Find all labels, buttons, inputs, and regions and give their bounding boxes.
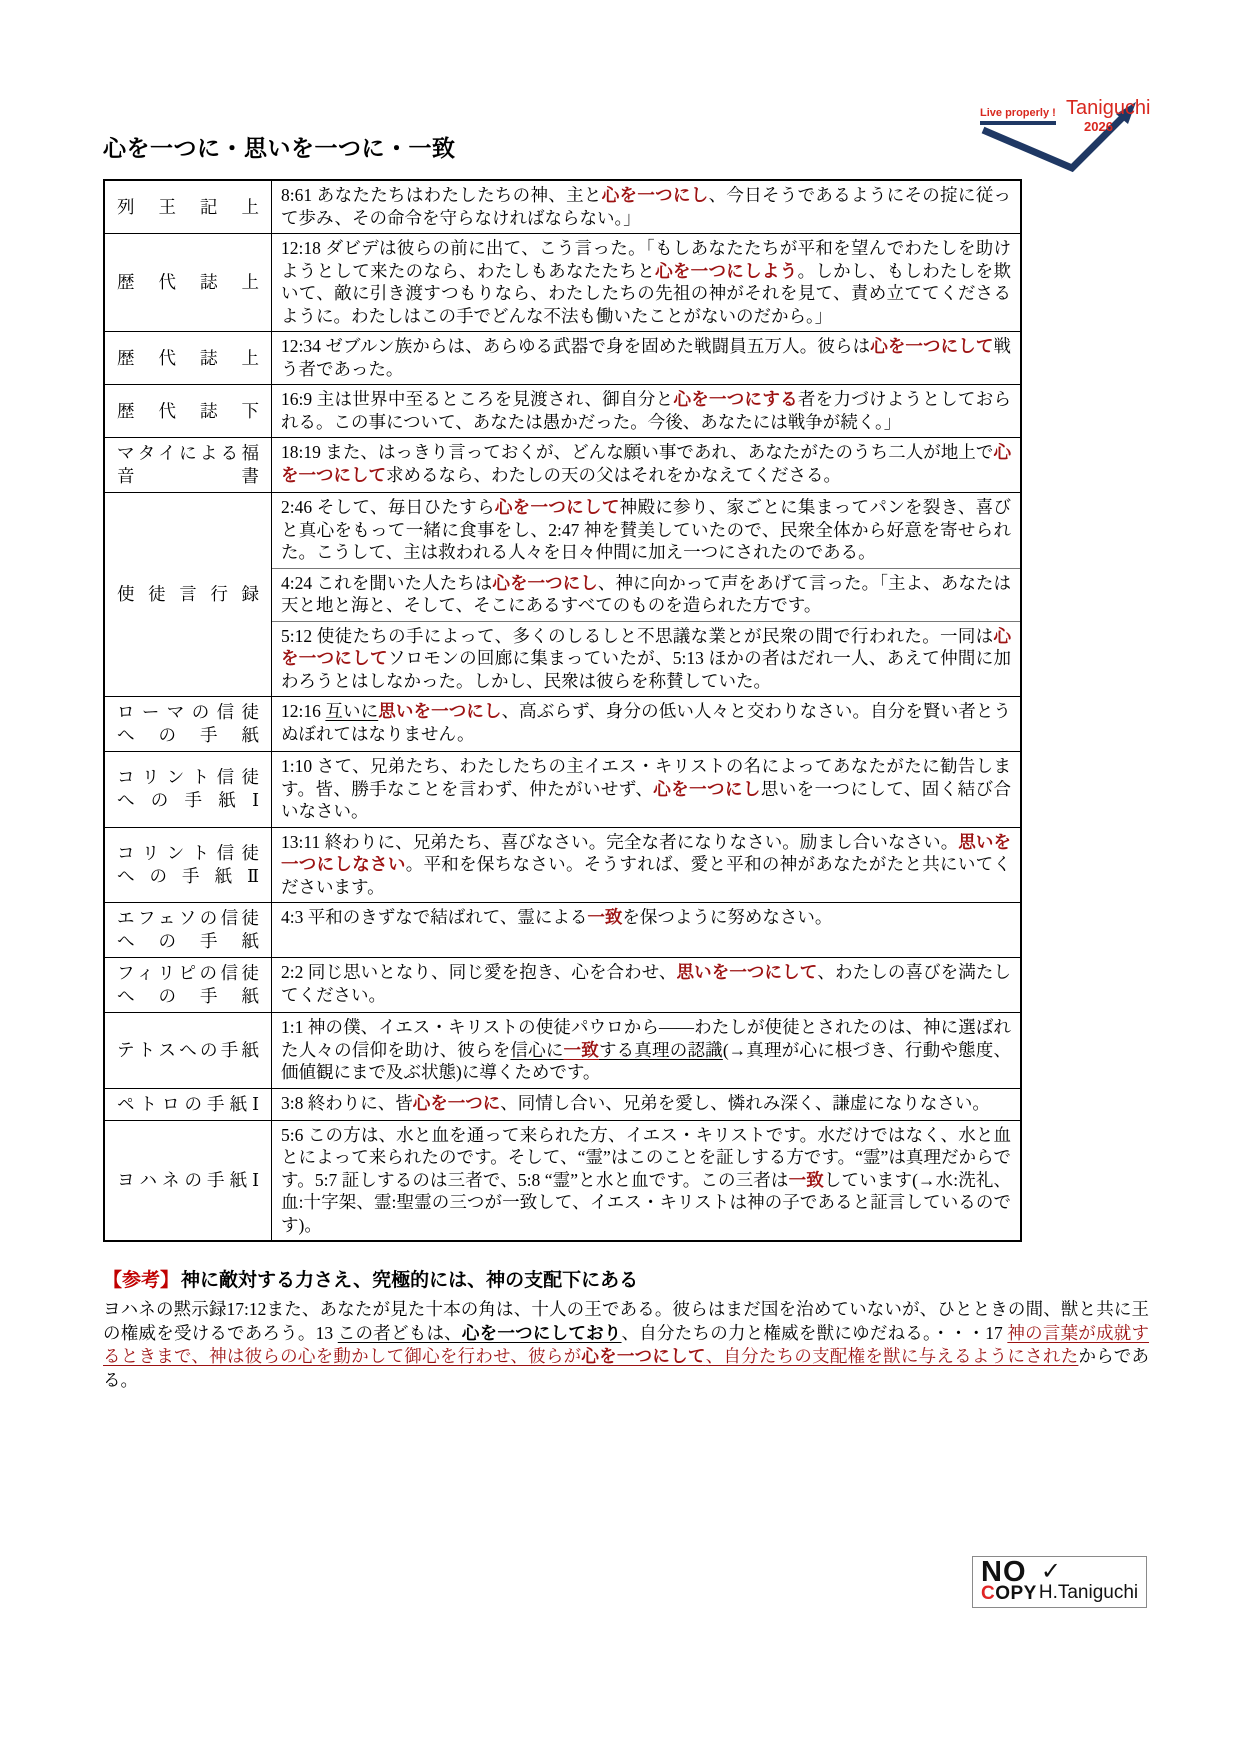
book-label: コリント信徒への手紙Ⅱ (105, 828, 272, 903)
reference-paragraph: ヨハネの黙示録17:12また、あなたが見た十本の角は、十人の王である。彼らはまだ… (103, 1298, 1149, 1392)
book-label-line: 音書 (117, 465, 259, 488)
text-segment: 心を一つにする (673, 389, 797, 409)
book-label-line: 歴代誌上 (117, 347, 259, 370)
verse-cell: 2:2 同じ思いとなり、同じ愛を抱き、心を合わせ、思いを一つにして、わたしの喜び… (272, 958, 1020, 1012)
text-segment: 一致 (564, 1040, 599, 1060)
verse-cell: 4:3 平和のきずなで結ばれて、霊による一致を保つように努めなさい。 (272, 903, 1020, 957)
table-row: コリント信徒への手紙Ⅰ1:10 さて、兄弟たち、わたしたちの主イエス・キリストの… (105, 751, 1020, 827)
table-row: コリント信徒への手紙Ⅱ13:11 終わりに、兄弟たち、喜びなさい。完全な者になり… (105, 827, 1020, 903)
book-label-line: コリント信徒 (117, 766, 259, 789)
book-label: テトスへの手紙 (105, 1013, 272, 1088)
logo-name: Taniguchi (1066, 97, 1151, 120)
stamp-name-text: H.Taniguchi (1039, 1582, 1138, 1603)
verse-cell: 12:34 ゼブルン族からは、あらゆる武器で身を固めた戦闘員五万人。彼らは心を一… (272, 332, 1020, 384)
stamp-copy-rest: OPY (995, 1583, 1037, 1604)
text-segment: 信心に (510, 1040, 563, 1060)
verse-cell: 12:18 ダビデは彼らの前に出て、こう言った。「もしあなたたちが平和を望んでわ… (272, 234, 1020, 331)
book-label-line: への手紙Ⅰ (117, 789, 259, 812)
text-segment: 12:16 (281, 701, 325, 721)
book-label-line: 歴代誌下 (117, 400, 259, 423)
verse-cell: 1:10 さて、兄弟たち、わたしたちの主イエス・キリストの名によってあなたがたに… (272, 752, 1020, 827)
text-segment: 思いを一つにして (676, 962, 817, 982)
text-segment: 心を一つにしよう (655, 261, 798, 281)
text-segment: 2:46 そして、毎日ひたすら (281, 497, 495, 517)
no-copy-stamp: NO COPY ✓ H.Taniguchi (972, 1556, 1147, 1608)
text-segment: 心を一つにして (495, 497, 620, 517)
reference-section: 【参考】神に敵対する力さえ、究極的には、神の支配下にある ヨハネの黙示録17:1… (103, 1268, 1149, 1392)
table-row: 使徒言行録2:46 そして、毎日ひたすら心を一つにして神殿に参り、家ごとに集まっ… (105, 492, 1020, 696)
verse-entry: 3:8 終わりに、皆心を一つに、同情し合い、兄弟を愛し、憐れみ深く、謙虚になりな… (272, 1089, 1020, 1119)
table-row: 歴代誌上12:34 ゼブルン族からは、あらゆる武器で身を固めた戦闘員五万人。彼ら… (105, 331, 1020, 384)
text-segment: 3:8 終わりに、皆 (281, 1093, 413, 1113)
stamp-check-icon: ✓ (1041, 1562, 1061, 1582)
table-row: ローマの信徒への手紙12:16 互いに思いを一つにし、高ぶらず、身分の低い人々と… (105, 696, 1020, 751)
verse-entry: 12:18 ダビデは彼らの前に出て、こう言った。「もしあなたたちが平和を望んでわ… (272, 234, 1020, 331)
table-row: 歴代誌下16:9 主は世界中至るところを見渡され、御自分と心を一つにする者を力づ… (105, 384, 1020, 437)
table-row: 歴代誌上12:18 ダビデは彼らの前に出て、こう言った。「もしあなたたちが平和を… (105, 233, 1020, 331)
text-segment: 思いを一つにし (378, 701, 501, 721)
book-label-line: 列王記上 (117, 196, 259, 219)
book-label: ペトロの手紙Ⅰ (105, 1089, 272, 1120)
verse-entry: 2:46 そして、毎日ひたすら心を一つにして神殿に参り、家ごとに集まってパンを裂… (272, 493, 1020, 568)
text-segment: 16:9 主は世界中至るところを見渡され、御自分と (281, 389, 673, 409)
verse-entry: 12:16 互いに思いを一つにし、高ぶらず、身分の低い人々と交わりなさい。自分を… (272, 697, 1020, 749)
verse-entry: 5:6 この方は、水と血を通って来られた方、イエス・キリストです。水だけではなく… (272, 1121, 1020, 1241)
stamp-no-text: NO (981, 1560, 1037, 1584)
verse-cell: 5:6 この方は、水と血を通って来られた方、イエス・キリストです。水だけではなく… (272, 1121, 1020, 1241)
verse-entry: 5:12 使徒たちの手によって、多くのしるしと不思議な業とが民衆の間で行われた。… (272, 621, 1020, 697)
book-label-line: への手紙 (117, 930, 259, 953)
verse-entry: 16:9 主は世界中至るところを見渡され、御自分と心を一つにする者を力づけようと… (272, 385, 1020, 437)
book-label: 列王記上 (105, 181, 272, 233)
text-segment: 4:24 これを聞いた人たちは (281, 573, 492, 593)
verse-cell: 2:46 そして、毎日ひたすら心を一つにして神殿に参り、家ごとに集まってパンを裂… (272, 493, 1020, 696)
text-segment: 心を一つにしており (462, 1323, 622, 1343)
logo-tagline: Live properly ! (980, 107, 1056, 125)
logo-year: 2026 (1084, 119, 1113, 134)
text-segment: 心を一つに (413, 1093, 501, 1113)
verse-entry: 12:34 ゼブルン族からは、あらゆる武器で身を固めた戦闘員五万人。彼らは心を一… (272, 332, 1020, 384)
book-label-line: ヨハネの手紙Ⅰ (117, 1169, 259, 1192)
verse-entry: 4:3 平和のきずなで結ばれて、霊による一致を保つように努めなさい。 (272, 903, 1020, 933)
table-row: ヨハネの手紙Ⅰ5:6 この方は、水と血を通って来られた方、イエス・キリストです。… (105, 1120, 1020, 1241)
text-segment: 一致 (587, 907, 622, 927)
verse-entry: 18:19 また、はっきり言っておくが、どんな願い事であれ、あなたがたのうち二人… (272, 438, 1020, 490)
book-label-line: ローマの信徒 (117, 701, 259, 724)
verse-entry: 2:2 同じ思いとなり、同じ愛を抱き、心を合わせ、思いを一つにして、わたしの喜び… (272, 958, 1020, 1010)
table-row: テトスへの手紙1:1 神の僕、イエス・キリストの使徒パウロから――わたしが使徒と… (105, 1012, 1020, 1088)
stamp-left-block: NO COPY (981, 1560, 1037, 1603)
book-label-line: テトスへの手紙 (117, 1039, 259, 1062)
text-segment: ソロモンの回廊に集まっていたが、5:13 ほかの者はだれ一人、あえて仲間に加わろ… (281, 648, 1011, 691)
book-label: ヨハネの手紙Ⅰ (105, 1121, 272, 1241)
text-segment: 8:61 あなたたちはわたしたちの神、主と (281, 185, 602, 205)
text-segment: 心を一つにし (492, 573, 598, 593)
verse-cell: 13:11 終わりに、兄弟たち、喜びなさい。完全な者になりなさい。励まし合いなさ… (272, 828, 1020, 903)
stamp-right-block: ✓ H.Taniguchi (1039, 1562, 1138, 1603)
book-label: マタイによる福音書 (105, 438, 272, 492)
text-segment: 、自分たちの支配権を獣に与えるようにされた (706, 1346, 1079, 1366)
text-segment: 心を一つにし (653, 779, 761, 799)
stamp-copy-c: C (981, 1583, 995, 1604)
text-segment: 互いに (325, 701, 378, 721)
text-segment: 12:34 ゼブルン族からは、あらゆる武器で身を固めた戦闘員五万人。彼らは (281, 336, 870, 356)
book-label: 歴代誌上 (105, 332, 272, 384)
verse-entry: 8:61 あなたたちはわたしたちの神、主と心を一つにし、今日そうであるようにその… (272, 181, 1020, 233)
table-row: マタイによる福音書18:19 また、はっきり言っておくが、どんな願い事であれ、あ… (105, 437, 1020, 492)
book-label-line: マタイによる福 (117, 442, 259, 465)
verses-table: 列王記上8:61 あなたたちはわたしたちの神、主と心を一つにし、今日そうであるよ… (103, 179, 1022, 1242)
book-label: 歴代誌上 (105, 234, 272, 331)
book-label-line: への手紙Ⅱ (117, 865, 259, 888)
text-segment: この者どもは、 (338, 1323, 462, 1343)
table-row: エフェソの信徒への手紙4:3 平和のきずなで結ばれて、霊による一致を保つように努… (105, 902, 1020, 957)
text-segment: 4:3 平和のきずなで結ばれて、霊による (281, 907, 587, 927)
reference-heading-row: 【参考】神に敵対する力さえ、究極的には、神の支配下にある (103, 1268, 1149, 1294)
book-label: フィリピの信徒への手紙 (105, 958, 272, 1012)
text-segment: 、自分たちの力と権威を獣にゆだねる。・・・17 (622, 1323, 1008, 1343)
table-row: フィリピの信徒への手紙2:2 同じ思いとなり、同じ愛を抱き、心を合わせ、思いを一… (105, 957, 1020, 1012)
text-segment: 一致 (789, 1170, 824, 1190)
book-label-line: ペトロの手紙Ⅰ (117, 1093, 259, 1116)
book-label-line: フィリピの信徒 (117, 962, 259, 985)
stamp-copy-text: COPY (981, 1584, 1037, 1603)
reference-heading: 神に敵対する力さえ、究極的には、神の支配下にある (181, 1270, 638, 1291)
book-label: コリント信徒への手紙Ⅰ (105, 752, 272, 827)
document-page: Live properly ! Taniguchi 2026 心を一つに・思いを… (0, 0, 1240, 1755)
table-row: ペトロの手紙Ⅰ3:8 終わりに、皆心を一つに、同情し合い、兄弟を愛し、憐れみ深く… (105, 1088, 1020, 1120)
verse-cell: 1:1 神の僕、イエス・キリストの使徒パウロから――わたしが使徒とされたのは、神… (272, 1013, 1020, 1088)
book-label: 歴代誌下 (105, 385, 272, 437)
verse-cell: 3:8 終わりに、皆心を一つに、同情し合い、兄弟を愛し、憐れみ深く、謙虚になりな… (272, 1089, 1020, 1120)
table-row: 列王記上8:61 あなたたちはわたしたちの神、主と心を一つにし、今日そうであるよ… (105, 181, 1020, 233)
text-segment: 、同情し合い、兄弟を愛し、憐れみ深く、謙虚になりなさい。 (500, 1093, 990, 1113)
book-label: 使徒言行録 (105, 493, 272, 696)
book-label-line: エフェソの信徒 (117, 907, 259, 930)
verse-entry: 1:1 神の僕、イエス・キリストの使徒パウロから――わたしが使徒とされたのは、神… (272, 1013, 1020, 1088)
text-segment: を保つように努めなさい。 (622, 907, 832, 927)
verse-entry: 1:10 さて、兄弟たち、わたしたちの主イエス・キリストの名によってあなたがたに… (272, 752, 1020, 827)
reference-tag: 【参考】 (103, 1270, 179, 1291)
book-label-line: への手紙 (117, 724, 259, 747)
text-segment: 5:12 使徒たちの手によって、多くのしるしと不思議な業とが民衆の間で行われた。… (281, 626, 994, 646)
verse-entry: 13:11 終わりに、兄弟たち、喜びなさい。完全な者になりなさい。励まし合いなさ… (272, 828, 1020, 903)
verse-entry: 4:24 これを聞いた人たちは心を一つにし、神に向かって声をあげて言った。「主よ… (272, 568, 1020, 621)
book-label-line: 歴代誌上 (117, 271, 259, 294)
book-label: ローマの信徒への手紙 (105, 697, 272, 751)
verse-cell: 18:19 また、はっきり言っておくが、どんな願い事であれ、あなたがたのうち二人… (272, 438, 1020, 492)
book-label-line: への手紙 (117, 985, 259, 1008)
text-segment: 心を一つにし (602, 185, 709, 205)
book-label: エフェソの信徒への手紙 (105, 903, 272, 957)
text-segment: 求めるなら、わたしの天の父はそれをかなえてくださる。 (386, 465, 841, 485)
taniguchi-logo: Live properly ! Taniguchi 2026 (978, 94, 1148, 178)
verse-cell: 8:61 あなたたちはわたしたちの神、主と心を一つにし、今日そうであるようにその… (272, 181, 1020, 233)
book-label-line: 使徒言行録 (117, 583, 259, 606)
verse-cell: 16:9 主は世界中至るところを見渡され、御自分と心を一つにする者を力づけようと… (272, 385, 1020, 437)
verse-cell: 12:16 互いに思いを一つにし、高ぶらず、身分の低い人々と交わりなさい。自分を… (272, 697, 1020, 751)
text-segment: 心を一つにして (870, 336, 993, 356)
text-segment: 18:19 また、はっきり言っておくが、どんな願い事であれ、あなたがたのうち二人… (281, 442, 994, 462)
text-segment: する真理の認識 (599, 1040, 723, 1060)
text-segment: 13:11 終わりに、兄弟たち、喜びなさい。完全な者になりなさい。励まし合いなさ… (281, 832, 958, 852)
book-label-line: コリント信徒 (117, 842, 259, 865)
text-segment: 2:2 同じ思いとなり、同じ愛を抱き、心を合わせ、 (281, 962, 676, 982)
text-segment: 心を一つにして (581, 1346, 705, 1366)
